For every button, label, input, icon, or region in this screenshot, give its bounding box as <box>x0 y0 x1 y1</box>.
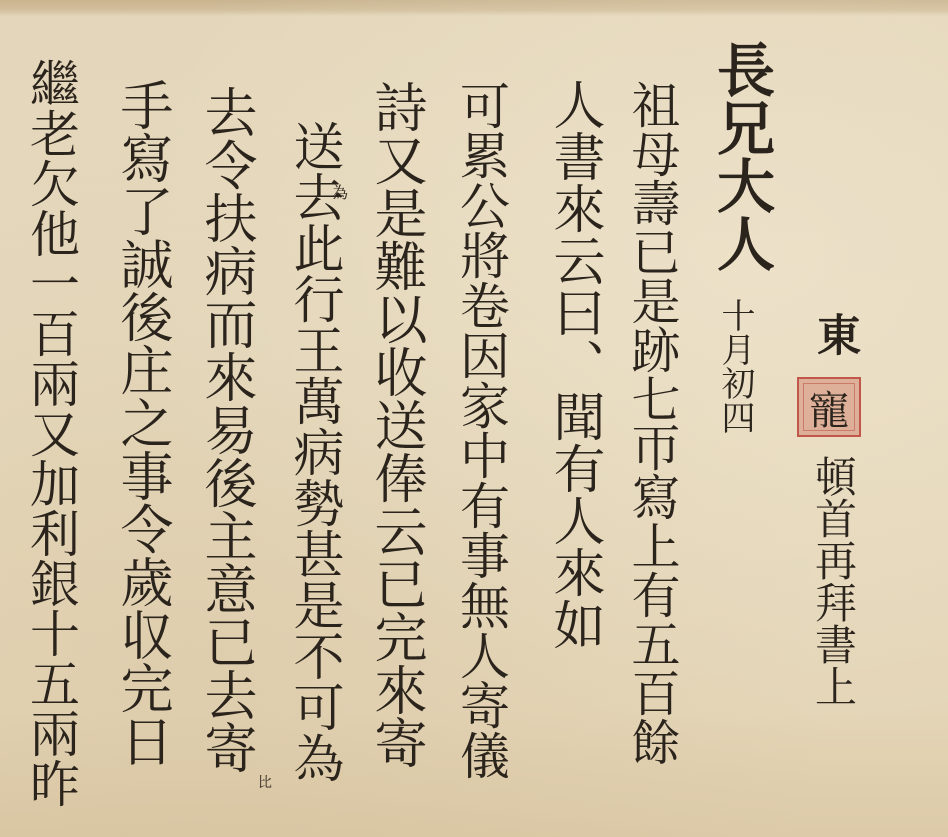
seal-character: 寵 <box>809 379 849 436</box>
date-line: 十月初四 <box>718 298 752 434</box>
body-line-3: 可累公將卷因家中有事無人寄儀 <box>456 80 506 780</box>
body-line-8: 繼老欠他一百兩又加利銀十五兩昨 <box>26 58 76 808</box>
body-line-6: 去令扶病而來易後主意已去寄 <box>200 85 253 774</box>
margin-note: 比 <box>258 772 272 792</box>
red-seal: 寵 <box>797 377 861 437</box>
body-line-4: 詩又是難以收送俸云已完來寄 <box>370 80 423 769</box>
body-line-7: 手寫了誠後庄之事令歲収完日 <box>116 78 169 767</box>
body-line-1: 祖母壽已是跡七帀寫上有五百餘 <box>628 80 677 766</box>
address-line: 長兄大人 <box>712 40 770 272</box>
body-line-5: 送去此行王萬病勢甚是不可為 <box>288 120 339 783</box>
margin-note: 為 <box>332 180 348 203</box>
signature: 東 <box>812 312 856 356</box>
body-line-2: 人書來云曰、聞有人來如 <box>548 78 600 650</box>
closing-line: 頓首再拜書上 <box>812 455 854 707</box>
